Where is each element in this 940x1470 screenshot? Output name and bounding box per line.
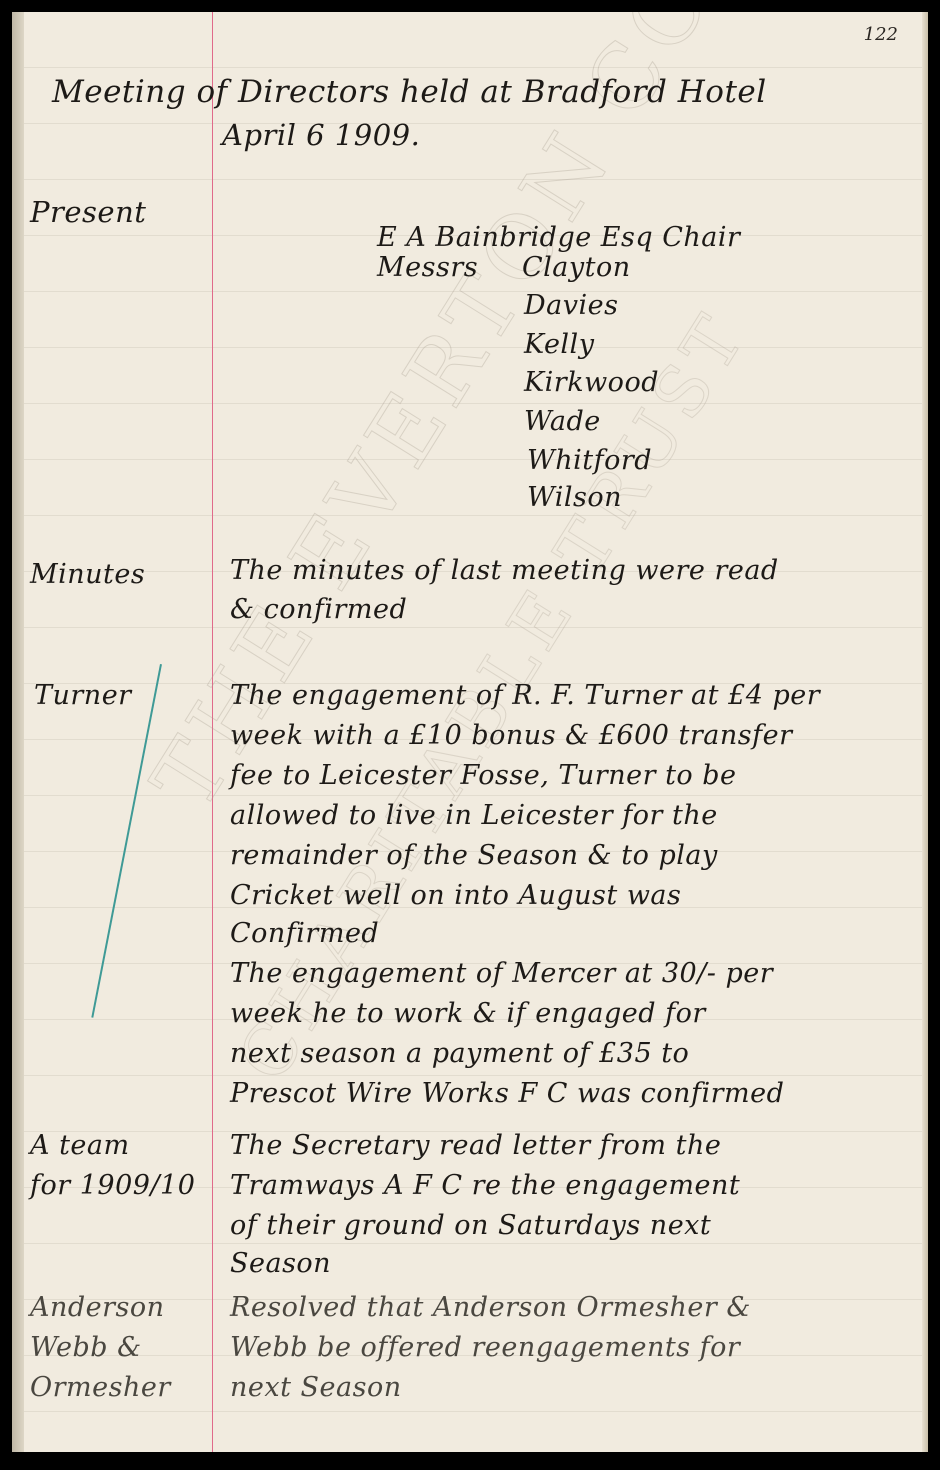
entry-line: Confirmed (230, 918, 379, 949)
entry-line: next Season (230, 1372, 402, 1403)
entry-line: of their ground on Saturdays next (230, 1210, 711, 1241)
binding-gutter (12, 12, 24, 1452)
entry-line: week he to work & if engaged for (230, 998, 706, 1029)
entry-line: Season (230, 1248, 331, 1279)
margin-label-minutes: Minutes (30, 559, 145, 590)
entry-line: The Secretary read letter from the (230, 1130, 721, 1161)
margin-rule (212, 12, 213, 1452)
entry-line: Tramways A F C re the engagement (230, 1170, 740, 1201)
page-edge (922, 12, 928, 1452)
entry-line: Cricket well on into August was (230, 880, 681, 911)
meeting-date: April 6 1909. (222, 118, 420, 152)
present-member: Wilson (527, 482, 622, 513)
present-chair: E A Bainbridge Esq Chair (377, 222, 740, 253)
present-member: Whitford (527, 445, 652, 476)
meeting-heading: Meeting of Directors held at Bradford Ho… (52, 74, 767, 110)
present-member: Kelly (524, 329, 594, 360)
margin-label-a-team: A team (30, 1130, 130, 1161)
entry-line: The engagement of Mercer at 30/- per (230, 958, 773, 989)
present-member: Kirkwood (524, 367, 659, 398)
entry-line: & confirmed (230, 594, 407, 625)
teal-check-mark (91, 664, 162, 1018)
present-member: Davies (524, 290, 618, 321)
page-number: 122 (864, 24, 898, 45)
entry-line: Resolved that Anderson Ormesher & (230, 1292, 751, 1323)
margin-label-ormesher: Ormesher (30, 1372, 171, 1403)
entry-line: The engagement of R. F. Turner at £4 per (230, 680, 820, 711)
margin-label-anderson: Anderson (30, 1292, 165, 1323)
present-member: Clayton (522, 252, 631, 283)
margin-label-present: Present (30, 195, 146, 229)
margin-label-webb: Webb & (30, 1332, 142, 1363)
entry-line: Prescot Wire Works F C was confirmed (230, 1078, 784, 1109)
margin-label-a-team-year: for 1909/10 (30, 1170, 195, 1201)
entry-line: The minutes of last meeting were read (230, 555, 779, 586)
present-messrs: Messrs (377, 252, 478, 283)
entry-line: week with a £10 bonus & £600 transfer (230, 720, 793, 751)
margin-label-turner: Turner (34, 680, 132, 711)
entry-line: next season a payment of £35 to (230, 1038, 689, 1069)
entry-line: remainder of the Season & to play (230, 840, 718, 871)
ledger-page: THE EVERTON COLLECTION CHARITABLE TRUST … (12, 12, 928, 1452)
entry-line: allowed to live in Leicester for the (230, 800, 718, 831)
entry-line: Webb be offered reengagements for (230, 1332, 740, 1363)
entry-line: fee to Leicester Fosse, Turner to be (230, 760, 737, 791)
present-member: Wade (524, 406, 601, 437)
